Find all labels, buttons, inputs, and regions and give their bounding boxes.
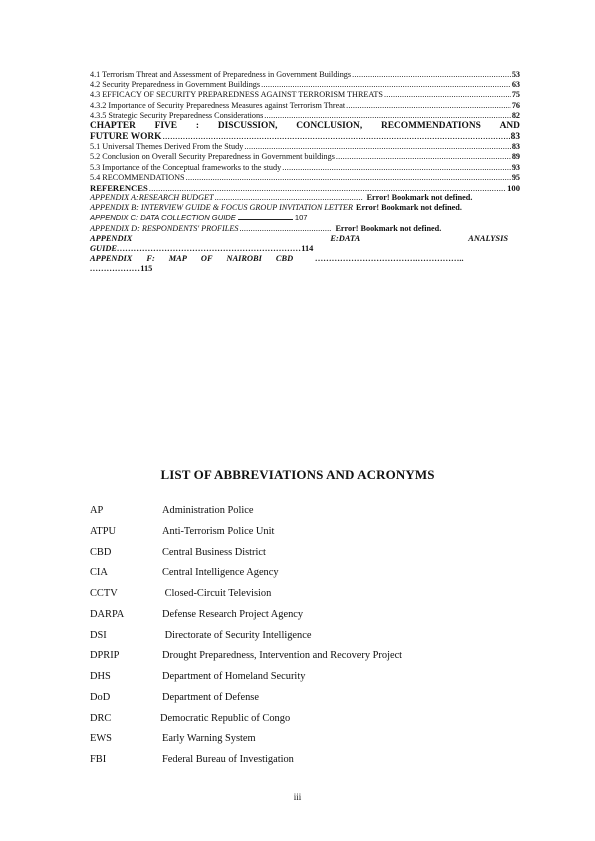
toc-entry-title: APPENDIX C: DATA COLLECTION GUIDE	[90, 213, 236, 223]
toc-entry-title: 4.3 EFFICACY OF SECURITY PREPAREDNESS AG…	[90, 90, 383, 100]
toc-leader	[336, 152, 511, 162]
toc-entry[interactable]: 4.3 EFFICACY OF SECURITY PREPAREDNESS AG…	[90, 90, 520, 100]
abbreviation-meaning: Administration Police	[162, 504, 510, 525]
toc-leader-underline	[238, 218, 293, 220]
appendix-word: CBD	[276, 254, 293, 264]
toc-entry[interactable]: 5.1 Universal Themes Derived From the St…	[90, 142, 520, 152]
toc-entry-page: 93	[512, 163, 520, 173]
abbreviations-list: APAdministration Police ATPUAnti-Terrori…	[90, 504, 510, 774]
toc-entry[interactable]: 4.3.2 Importance of Security Preparednes…	[90, 101, 520, 111]
toc-entry-title: 5.4 RECOMMENDATIONS	[90, 173, 185, 183]
toc-entry-appendix-d[interactable]: APPENDIX D: RESPONDENTS' PROFILESError! …	[90, 224, 520, 234]
toc-leader	[261, 80, 511, 90]
toc-entry-appendix-e[interactable]: APPENDIX E:DATA ANALYSIS	[90, 234, 508, 244]
bookmark-error: Error! Bookmark not defined.	[335, 224, 441, 234]
abbreviation: CBD	[90, 546, 162, 567]
toc-entry-page: 115	[140, 264, 152, 274]
toc-leader	[149, 183, 506, 193]
toc-entry-title: 4.2 Security Preparedness in Government …	[90, 80, 260, 90]
abbreviation-meaning: Early Warning System	[162, 732, 510, 753]
abbreviation-row: EWSEarly Warning System	[90, 732, 510, 753]
abbreviation: DHS	[90, 670, 162, 691]
toc-leader: …………………………………………………………	[117, 244, 301, 254]
chapter-word: FIVE	[155, 121, 177, 132]
abbreviation-meaning: Federal Bureau of Investigation	[162, 753, 510, 774]
abbreviation-row: FBIFederal Bureau of Investigation	[90, 753, 510, 774]
toc-entry-references[interactable]: REFERENCES100	[90, 183, 520, 193]
toc-leader	[352, 70, 511, 80]
abbreviation-row: ATPUAnti-Terrorism Police Unit	[90, 525, 510, 546]
appendix-word: APPENDIX	[90, 254, 132, 264]
bookmark-error: Error! Bookmark not defined.	[356, 203, 462, 213]
toc-entry-page: 53	[512, 70, 520, 80]
abbreviation: CCTV	[90, 587, 162, 608]
toc-entry-title: 5.1 Universal Themes Derived From the St…	[90, 142, 243, 152]
abbreviations-heading: LIST OF ABBREVIATIONS AND ACRONYMS	[0, 467, 595, 483]
appendix-word: GUIDE	[90, 244, 117, 254]
bookmark-error: Error! Bookmark not defined.	[367, 193, 473, 203]
abbreviation-meaning: Central Business District	[162, 546, 510, 567]
abbreviation-row: DPRIPDrought Preparedness, Intervention …	[90, 649, 510, 670]
toc-entry-page: 76	[512, 101, 520, 111]
toc-leader: ……………………………….……………..	[315, 254, 464, 264]
toc-entry-page: 89	[512, 152, 520, 162]
toc-entry-appendix-f-line2[interactable]: ………………115	[90, 264, 520, 274]
chapter-word: AND	[500, 121, 520, 132]
abbreviation-meaning: Defense Research Project Agency	[162, 608, 510, 629]
abbreviation-row: DSI Directorate of Security Intelligence	[90, 629, 510, 650]
toc-entry-appendix-c[interactable]: APPENDIX C: DATA COLLECTION GUIDE107	[90, 213, 520, 223]
abbreviation: DARPA	[90, 608, 162, 629]
toc-entry-page: 82	[512, 111, 520, 121]
toc-entry-title: 5.3 Importance of the Conceptual framewo…	[90, 163, 281, 173]
abbreviation: DoD	[90, 691, 162, 712]
abbreviation: ATPU	[90, 525, 162, 546]
toc-entry-title: 4.3.5 Strategic Security Preparedness Co…	[90, 111, 263, 121]
toc-leader	[244, 142, 510, 152]
toc-leader	[239, 224, 331, 234]
toc-entry-title: 4.1 Terrorism Threat and Assessment of P…	[90, 70, 351, 80]
appendix-word: NAIROBI	[227, 254, 262, 264]
abbreviation: DPRIP	[90, 649, 162, 670]
abbreviation-row: CCTV Closed-Circuit Television	[90, 587, 510, 608]
abbreviation: AP	[90, 504, 162, 525]
toc-leader	[162, 132, 509, 142]
page-number: iii	[0, 792, 595, 802]
toc-leader	[346, 101, 511, 111]
toc-entry[interactable]: 4.1 Terrorism Threat and Assessment of P…	[90, 70, 520, 80]
chapter-word: CHAPTER	[90, 121, 136, 132]
toc-entry[interactable]: FUTURE WORK83	[90, 132, 520, 142]
toc-leader: ………………	[90, 264, 140, 274]
toc-entry-page: 83	[511, 132, 520, 142]
toc-entry[interactable]: 5.4 RECOMMENDATIONS95	[90, 173, 520, 183]
toc-entry-title: FUTURE WORK	[90, 132, 161, 142]
toc-leader	[186, 173, 511, 183]
appendix-word: ANALYSIS	[468, 234, 508, 244]
toc-entry-appendix-a[interactable]: APPENDIX A:RESEARCH BUDGETError! Bookmar…	[90, 193, 520, 203]
chapter-word: :	[196, 121, 199, 132]
toc-entry-page: 100	[507, 183, 520, 193]
table-of-contents: 4.1 Terrorism Threat and Assessment of P…	[90, 70, 520, 275]
abbreviation-row: DARPADefense Research Project Agency	[90, 608, 510, 629]
toc-entry-appendix-f[interactable]: APPENDIX F: MAP OF NAIROBI CBD …………………………	[90, 254, 520, 264]
abbreviation-meaning: Drought Preparedness, Intervention and R…	[162, 649, 510, 670]
chapter-word: CONCLUSION,	[296, 121, 362, 132]
toc-leader	[215, 193, 363, 203]
toc-leader	[282, 163, 511, 173]
abbreviation-meaning: Department of Homeland Security	[162, 670, 510, 691]
toc-entry[interactable]: 4.2 Security Preparedness in Government …	[90, 80, 520, 90]
abbreviation-row: APAdministration Police	[90, 504, 510, 525]
abbreviation-row: CBDCentral Business District	[90, 546, 510, 567]
abbreviation: FBI	[90, 753, 162, 774]
toc-entry-appendix-e-line2[interactable]: GUIDE…………………………………………………………114	[90, 244, 520, 254]
abbreviation-row: CIACentral Intelligence Agency	[90, 566, 510, 587]
abbreviation-meaning: Closed-Circuit Television	[162, 587, 510, 608]
chapter-word: RECOMMENDATIONS	[381, 121, 481, 132]
toc-entry-page: 114	[301, 244, 313, 254]
toc-entry-title: 5.2 Conclusion on Overall Security Prepa…	[90, 152, 335, 162]
abbreviation-row: DRCDemocratic Republic of Congo	[90, 712, 510, 733]
toc-entry-title: APPENDIX B: INTERVIEW GUIDE & FOCUS GROU…	[90, 203, 353, 213]
toc-entry-title: REFERENCES	[90, 183, 148, 193]
abbreviation: EWS	[90, 732, 162, 753]
appendix-word: F:	[146, 254, 154, 264]
chapter-word: DISCUSSION,	[218, 121, 278, 132]
abbreviation: CIA	[90, 566, 162, 587]
toc-leader	[384, 90, 511, 100]
toc-entry-page: 95	[512, 173, 520, 183]
toc-entry-page: 75	[512, 90, 520, 100]
toc-entry-title: 4.3.2 Importance of Security Preparednes…	[90, 101, 345, 111]
toc-entry-page: 107	[295, 213, 308, 223]
appendix-word: E:DATA	[330, 234, 360, 244]
appendix-word: APPENDIX	[90, 234, 132, 244]
abbreviation-meaning: Department of Defense	[162, 691, 510, 712]
toc-entry[interactable]: 5.3 Importance of the Conceptual framewo…	[90, 163, 520, 173]
toc-chapter-five-heading[interactable]: CHAPTER FIVE : DISCUSSION, CONCLUSION, R…	[90, 121, 520, 132]
toc-entry-appendix-b[interactable]: APPENDIX B: INTERVIEW GUIDE & FOCUS GROU…	[90, 203, 595, 213]
abbreviation-meaning: Anti-Terrorism Police Unit	[162, 525, 510, 546]
toc-entry-title: APPENDIX A:RESEARCH BUDGET	[90, 193, 214, 203]
toc-entry[interactable]: 4.3.5 Strategic Security Preparedness Co…	[90, 111, 520, 121]
abbreviation: DSI	[90, 629, 162, 650]
abbreviation-meaning: Democratic Republic of Congo	[160, 712, 510, 733]
toc-leader	[264, 111, 511, 121]
toc-entry-page: 83	[512, 142, 520, 152]
abbreviation-row: DoDDepartment of Defense	[90, 691, 510, 712]
abbreviation-meaning: Central Intelligence Agency	[162, 566, 510, 587]
appendix-word: MAP	[169, 254, 187, 264]
appendix-word: OF	[201, 254, 213, 264]
abbreviation: DRC	[90, 712, 162, 733]
abbreviation-row: DHSDepartment of Homeland Security	[90, 670, 510, 691]
toc-entry[interactable]: 5.2 Conclusion on Overall Security Prepa…	[90, 152, 520, 162]
abbreviation-meaning: Directorate of Security Intelligence	[162, 629, 510, 650]
toc-entry-page: 63	[512, 80, 520, 90]
toc-entry-title: APPENDIX D: RESPONDENTS' PROFILES	[90, 224, 238, 234]
